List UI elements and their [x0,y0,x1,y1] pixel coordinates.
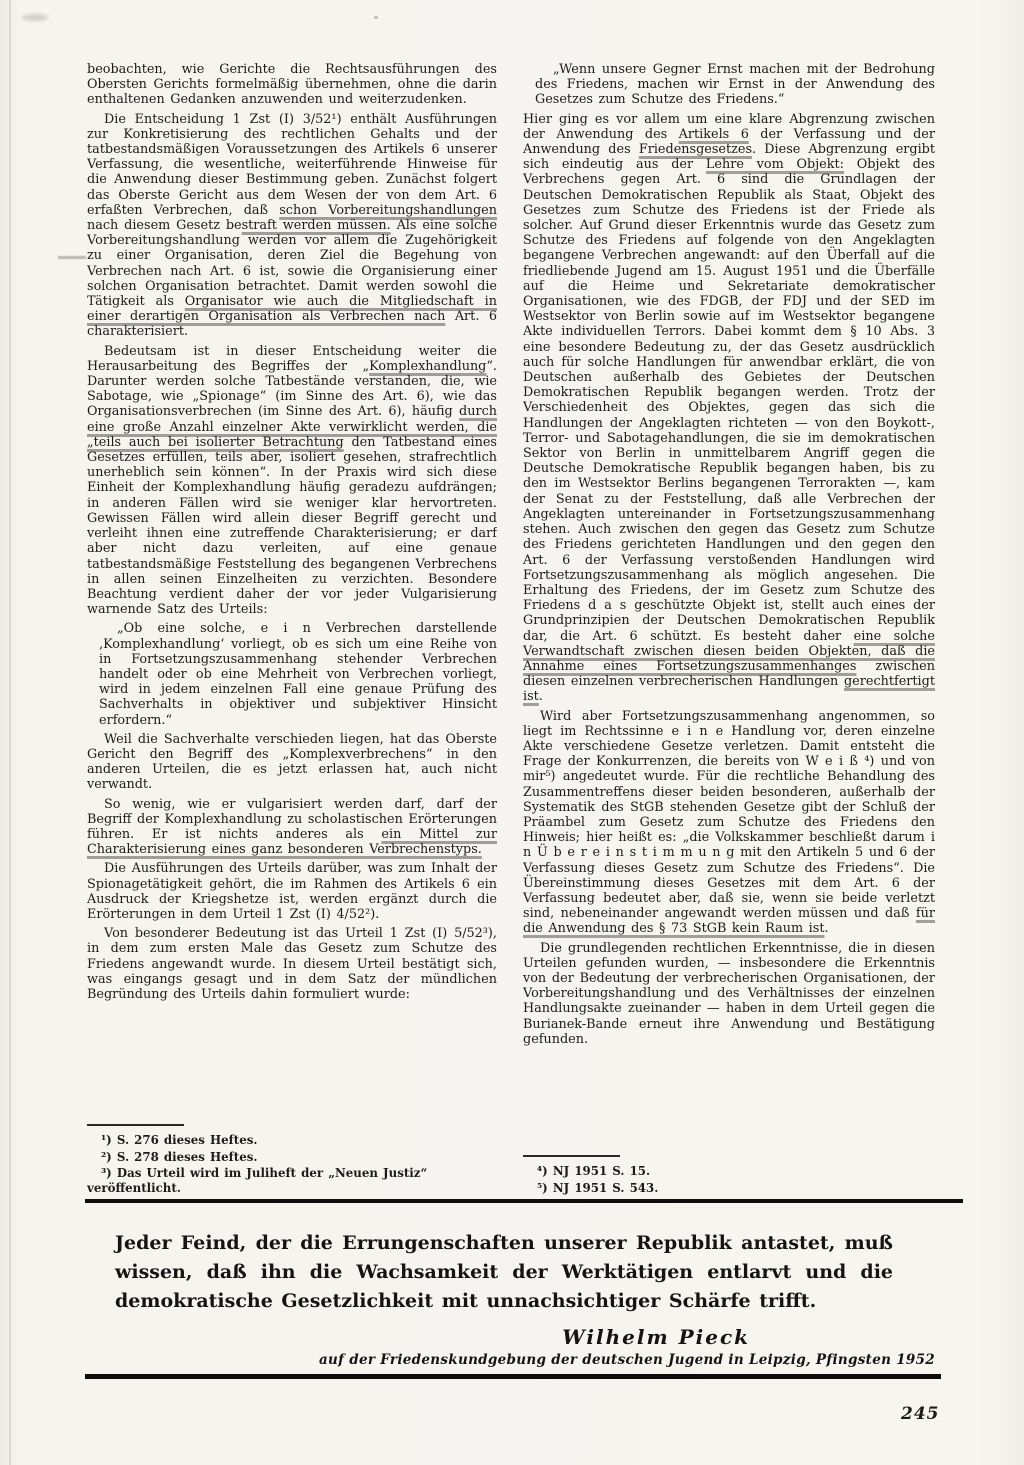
paragraph: Die Entscheidung 1 Zst (I) 3/52¹) enthäl… [87,112,497,340]
paragraph: Wird aber Fortsetzungszusammenhang angen… [523,709,935,937]
pencil-underlined-text: Friedensgesetzes [639,142,752,157]
paragraph: Weil die Sachverhalte verschieden liegen… [87,732,497,793]
text-segment: . [539,689,543,704]
horizontal-rule-top [85,1199,963,1203]
journal-page: beobachten, wie Gerichte die Rechtsausfü… [0,0,1024,1465]
pencil-underlined-text: straft werden müssen. [242,218,391,233]
footnotes-right: ⁴) NJ 1951 S. 15.⁵) NJ 1951 S. 543. [523,1145,935,1198]
pencil-underlined-text: Lehre vom Objekt: [706,157,844,172]
footnote: ²) S. 278 dieses Heftes. [87,1150,497,1165]
text-segment: den Tatbestand eines Gesetzes erfüllen, … [87,435,497,617]
pencil-underlined-text: Artikels 6 [679,127,749,142]
paragraph: So wenig, wie er vulgarisiert werden dar… [87,797,497,858]
text-segment: „Ob eine solche, e i n Verbrechen darste… [99,621,497,727]
text-segment: „Wenn unsere Gegner Ernst machen mit der… [535,62,935,107]
text-segment: Weil die Sachverhalte verschieden liegen… [87,732,497,793]
paragraph: Bedeutsam ist in dieser Entscheidung wei… [87,344,497,618]
pencil-underlined-text: Komplexhandlung [369,359,486,374]
footnote: ⁵) NJ 1951 S. 543. [523,1181,935,1196]
quote-source: auf der Friedenskundgebung der deutschen… [115,1352,935,1368]
text-segment: nach diesem Gesetz be [87,218,242,233]
column-right: „Wenn unsere Gegner Ernst machen mit der… [523,62,935,1198]
paragraph: Die Ausführungen des Urteils darüber, wa… [87,861,497,922]
footnote: ⁴) NJ 1951 S. 15. [523,1164,935,1179]
footnotes-left: ¹) S. 276 dieses Heftes.²) S. 278 dieses… [87,1114,497,1198]
paragraph: Die grundlegenden rechtlichen Erkenntnis… [523,941,935,1047]
footnote: ³) Das Urteil wird im Juliheft der „Neue… [87,1166,497,1196]
scan-edge-line [9,0,11,1465]
text-segment: Von besonderer Bedeutung ist das Urteil … [87,926,497,1002]
scan-speck [374,16,378,19]
footnote-list-left: ¹) S. 276 dieses Heftes.²) S. 278 dieses… [87,1133,497,1196]
pencil-underlined-text: schon Vorbereitungshandlungen [279,203,497,218]
footnote: ¹) S. 276 dieses Heftes. [87,1133,497,1148]
footnote-separator [523,1155,620,1157]
text-segment: Die grundlegenden rechtlichen Erkenntnis… [523,941,935,1047]
footnote-list-right: ⁴) NJ 1951 S. 15.⁵) NJ 1951 S. 543. [523,1164,935,1196]
paragraphs-left: beobachten, wie Gerichte die Rechtsausfü… [87,62,497,1006]
footnote-separator [87,1124,184,1126]
text-segment: Wird aber Fortsetzungszusammenhang angen… [523,709,935,922]
text-segment: . [824,921,828,936]
paragraph: Von besonderer Bedeutung ist das Urteil … [87,926,497,1002]
paragraph: „Ob eine solche, e i n Verbrechen darste… [99,621,497,727]
scan-smudge [22,14,48,21]
article-body: beobachten, wie Gerichte die Rechtsausfü… [87,62,935,1198]
quote-text: Jeder Feind, der die Errungenschaften un… [115,1229,893,1316]
margin-pencil-mark [58,256,86,259]
paragraph: Hier ging es vor allem um eine klare Abg… [523,112,935,705]
paragraphs-right: „Wenn unsere Gegner Ernst machen mit der… [523,62,935,1051]
paragraph: beobachten, wie Gerichte die Rechtsausfü… [87,62,497,108]
horizontal-rule-bottom [85,1374,941,1379]
text-segment: Objekt des Verbrechens gegen Art. 6 sind… [523,157,935,643]
text-segment: beobachten, wie Gerichte die Rechtsausfü… [87,62,497,107]
pieck-quote-block: Jeder Feind, der die Errungenschaften un… [115,1229,935,1368]
paragraph: „Wenn unsere Gegner Ernst machen mit der… [535,62,935,108]
quote-author: Wilhelm Pieck [115,1325,750,1349]
page-number: 245 [901,1404,940,1424]
column-left: beobachten, wie Gerichte die Rechtsausfü… [87,62,497,1198]
text-segment: Die Ausführungen des Urteils darüber, wa… [87,861,497,922]
